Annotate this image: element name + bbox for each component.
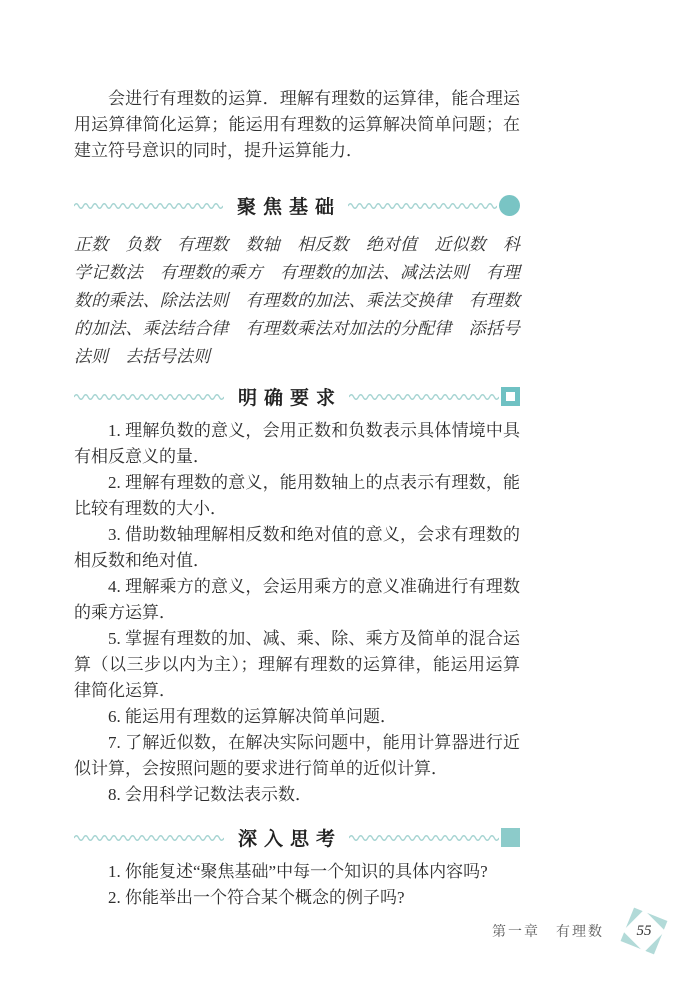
- requirements-section-title: 明确要求: [238, 383, 342, 410]
- thinking-section-header: 深入思考: [74, 824, 520, 851]
- requirement-item: 6. 能运用有理数的运算解决简单问题．: [74, 704, 520, 730]
- requirement-item: 8. 会用科学记数法表示数．: [74, 782, 520, 808]
- circle-end-marker-icon: [499, 195, 520, 216]
- square-outline-end-marker-icon: [501, 387, 520, 406]
- requirement-item: 2. 理解有理数的意义，能用数轴上的点表示有理数，能比较有理数的大小．: [74, 470, 520, 522]
- page-content-column: 会进行有理数的运算．理解有理数的运算律，能合理运用运算律简化运算；能运用有理数的…: [74, 0, 520, 911]
- focus-section-header: 聚焦基础: [74, 192, 520, 219]
- thinking-item: 1. 你能复述“聚焦基础”中每一个知识的具体内容吗?: [74, 859, 520, 885]
- requirement-item: 5. 掌握有理数的加、减、乘、除、乘方及简单的混合运算（以三步以内为主）；理解有…: [74, 626, 520, 704]
- focus-section-title: 聚焦基础: [237, 192, 341, 219]
- thinking-list: 1. 你能复述“聚焦基础”中每一个知识的具体内容吗? 2. 你能举出一个符合某个…: [74, 859, 520, 911]
- wave-line-right-icon: [348, 201, 497, 211]
- wave-line-left-icon: [74, 392, 224, 402]
- square-filled-end-marker-icon: [501, 828, 520, 847]
- page-number-diamond: 55: [616, 903, 672, 959]
- wave-line-right-icon: [349, 392, 499, 402]
- requirement-item: 1. 理解负数的意义，会用正数和负数表示具体情境中具有相反意义的量．: [74, 418, 520, 470]
- requirements-section-header: 明确要求: [74, 383, 520, 410]
- requirement-item: 7. 了解近似数，在解决实际问题中，能用计算器进行近似计算，会按照问题的要求进行…: [74, 730, 520, 782]
- requirement-item: 4. 理解乘方的意义，会运用乘方的意义准确进行有理数的乘方运算．: [74, 574, 520, 626]
- textbook-page: 会进行有理数的运算．理解有理数的运算律，能合理运用运算律简化运算；能运用有理数的…: [0, 0, 700, 983]
- intro-paragraph: 会进行有理数的运算．理解有理数的运算律，能合理运用运算律简化运算；能运用有理数的…: [74, 86, 520, 164]
- focus-terms-list: 正数 负数 有理数 数轴 相反数 绝对值 近似数 科学记数法 有理数的乘方 有理…: [74, 231, 520, 371]
- wave-line-left-icon: [74, 833, 224, 843]
- wave-line-right-icon: [349, 833, 499, 843]
- chapter-label: 第一章 有理数: [492, 921, 604, 941]
- wave-line-left-icon: [74, 201, 223, 211]
- requirements-list: 1. 理解负数的意义，会用正数和负数表示具体情境中具有相反意义的量． 2. 理解…: [74, 418, 520, 808]
- page-footer: 第一章 有理数 55: [492, 903, 672, 959]
- page-number: 55: [616, 903, 672, 959]
- thinking-item: 2. 你能举出一个符合某个概念的例子吗?: [74, 885, 520, 911]
- requirement-item: 3. 借助数轴理解相反数和绝对值的意义，会求有理数的相反数和绝对值．: [74, 522, 520, 574]
- thinking-section-title: 深入思考: [238, 824, 342, 851]
